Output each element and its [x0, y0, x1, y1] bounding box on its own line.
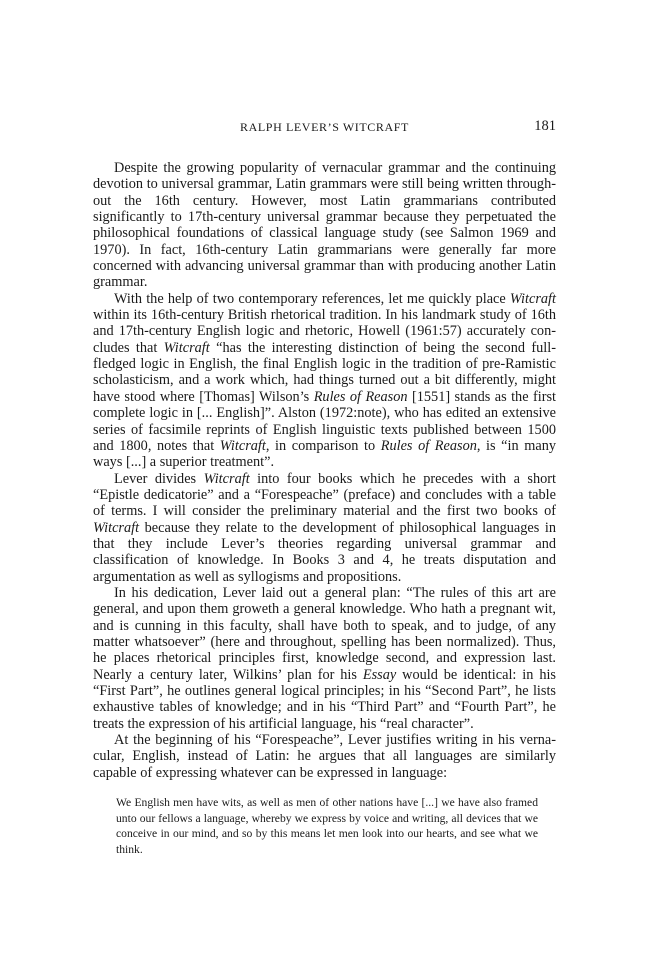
paragraph: Despite the growing popularity of vernac… — [93, 160, 556, 291]
paragraph: At the beginning of his “Forespeache”, L… — [93, 732, 556, 781]
block-quote: We English men have wits, as well as men… — [116, 795, 538, 857]
page-header: RALPH LEVER’S WITCRAFT 181 — [93, 118, 556, 136]
paragraph: In his dedication, Lever laid out a gene… — [93, 585, 556, 732]
italic-title: Essay — [363, 667, 396, 683]
italic-title: Rules of Reason — [381, 438, 477, 454]
italic-title: Witcraft — [220, 438, 266, 454]
text-run: With the help of two contemporary refere… — [114, 291, 510, 307]
text-run: Lever divides — [114, 471, 204, 487]
italic-title: Witcraft — [510, 291, 556, 307]
paragraph: Lever divides Witcraft into four books w… — [93, 471, 556, 585]
italic-title: Witcraft — [204, 471, 250, 487]
paragraph: With the help of two contemporary refere… — [93, 291, 556, 471]
italic-title: Witcraft — [93, 520, 139, 536]
text-run: Despite the growing popularity of vernac… — [93, 160, 556, 290]
text-run: because they relate to the development o… — [93, 520, 556, 585]
italic-title: Rules of Reason — [314, 389, 408, 405]
body-text: Despite the growing popularity of vernac… — [93, 160, 556, 781]
italic-title: Witcraft — [164, 340, 210, 356]
page-number: 181 — [534, 118, 556, 135]
block-quote-text: We English men have wits, as well as men… — [116, 795, 538, 857]
running-head: RALPH LEVER’S WITCRAFT — [93, 120, 556, 135]
text-run: At the beginning of his “Forespeache”, L… — [93, 732, 556, 781]
text-run: , in comparison to — [266, 438, 381, 454]
